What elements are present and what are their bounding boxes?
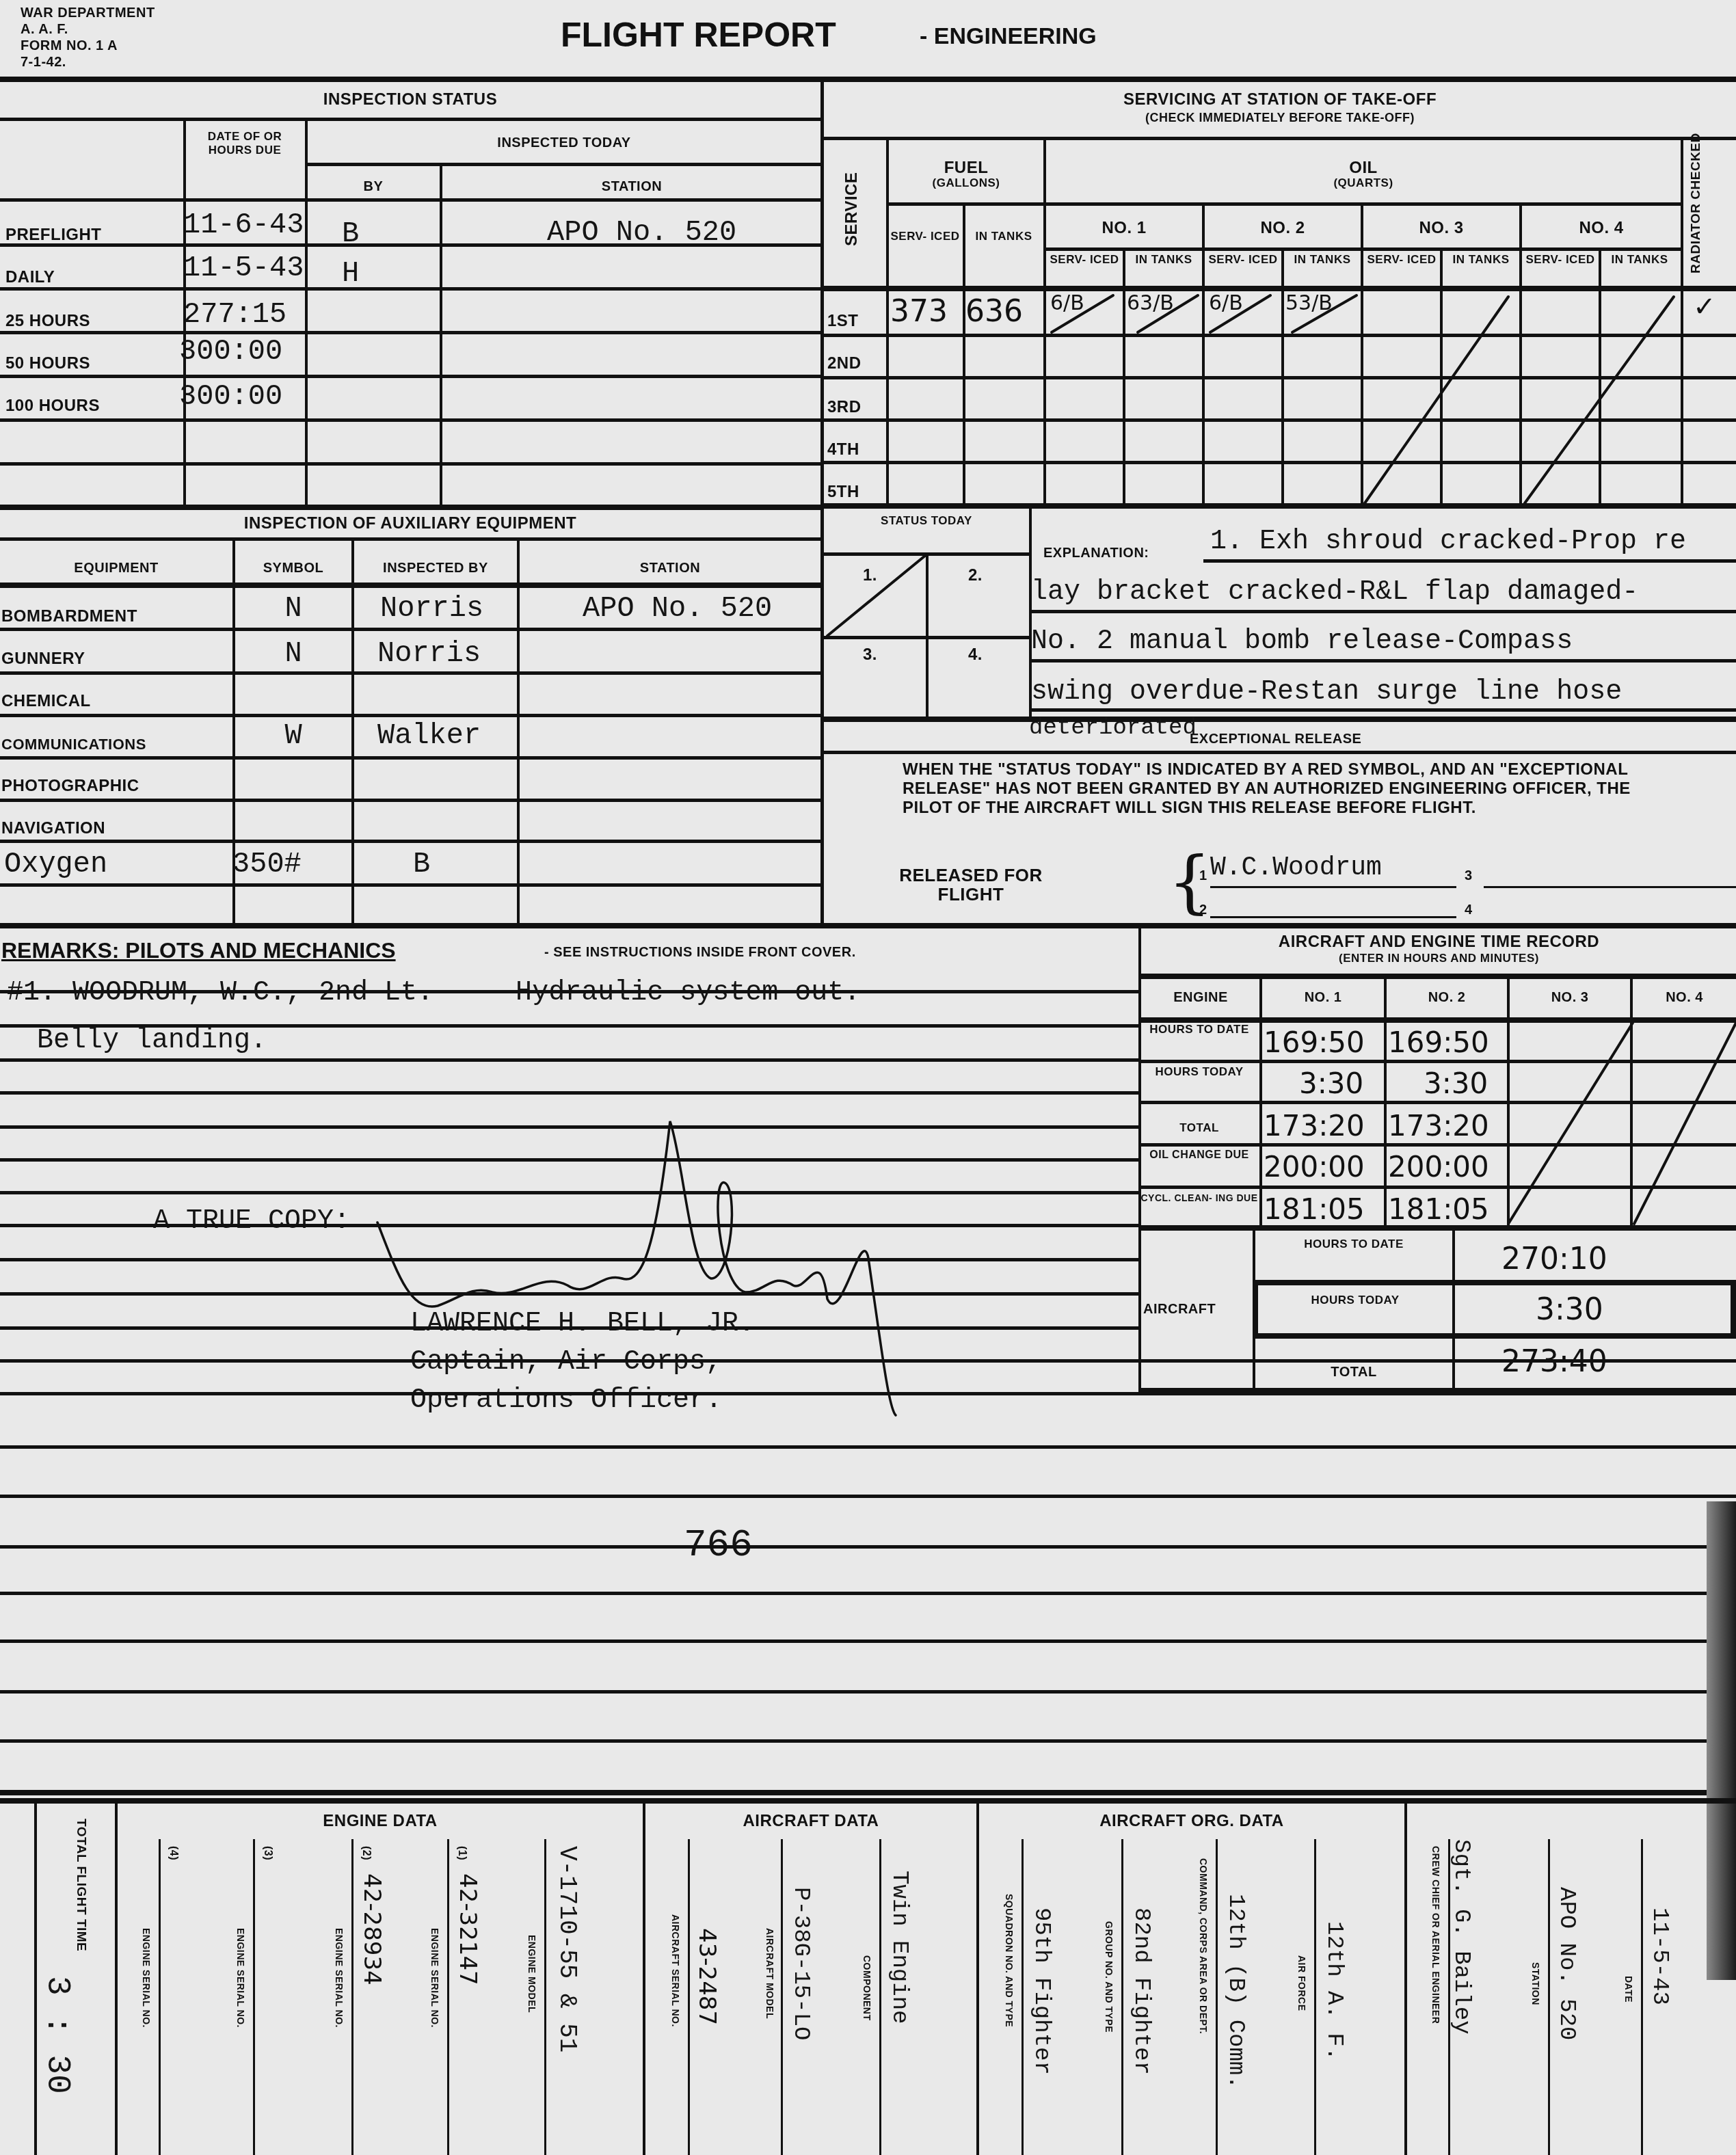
status-cell-3: 3. bbox=[863, 645, 877, 665]
row-label: HOURS TODAY bbox=[1140, 1065, 1258, 1079]
oil3-serviced-label: SERV- ICED bbox=[1363, 253, 1440, 267]
due-value: 11-5-43 bbox=[183, 252, 304, 284]
engine-data-title: ENGINE DATA bbox=[118, 1812, 643, 1831]
fuel-label: FUEL bbox=[889, 159, 1043, 178]
field-value: 42-32147 bbox=[454, 1873, 481, 1985]
col-symbol: SYMBOL bbox=[235, 561, 351, 576]
oil-unit: (QUARTS) bbox=[1046, 176, 1681, 190]
released-for-flight-label: RELEASED FOR FLIGHT bbox=[889, 866, 1053, 904]
inspected-by-value: H bbox=[342, 257, 359, 290]
service-label: SERVICE bbox=[842, 172, 862, 246]
field-value: 42-28934 bbox=[358, 1873, 386, 1985]
row-label: 50 HOURS bbox=[5, 354, 90, 373]
oil-no3-cancel-stroke bbox=[1365, 297, 1508, 503]
time-col-no3: NO. 3 bbox=[1510, 990, 1630, 1006]
time-record-title: AIRCRAFT AND ENGINE TIME RECORD bbox=[1142, 933, 1736, 952]
no2-value: 173:20 bbox=[1388, 1109, 1489, 1142]
field-value: APO No. 520 bbox=[1553, 1887, 1579, 2040]
oil2-in-tanks-label: IN TANKS bbox=[1284, 253, 1361, 267]
service-row-3rd: 3RD bbox=[827, 398, 862, 417]
status-cell-2: 2. bbox=[968, 566, 983, 585]
no1-value: 181:05 bbox=[1264, 1192, 1365, 1226]
release-slot-number-4: 4 bbox=[1465, 902, 1473, 918]
oil1-serviced-value: 6/B bbox=[1050, 291, 1084, 315]
col-equipment: EQUIPMENT bbox=[0, 561, 232, 576]
form-number: FORM NO. 1 A bbox=[21, 38, 118, 54]
field-value: 95th Fighter bbox=[1028, 1908, 1054, 2075]
equipment-label: PHOTOGRAPHIC bbox=[1, 777, 139, 796]
time-col-no2: NO. 2 bbox=[1387, 990, 1507, 1006]
inspection-status-title: INSPECTION STATUS bbox=[0, 90, 820, 109]
time-record-subtitle: (ENTER IN HOURS AND MINUTES) bbox=[1142, 952, 1736, 965]
explanation-line-3: No. 2 manual bomb release-Compass bbox=[1031, 626, 1573, 657]
oil3-in-tanks-label: IN TANKS bbox=[1443, 253, 1519, 267]
aircraft-value: 3:30 bbox=[1536, 1292, 1603, 1327]
col-by: BY bbox=[308, 179, 439, 195]
no1-value: 169:50 bbox=[1264, 1026, 1365, 1059]
exceptional-release-label: EXCEPTIONAL RELEASE bbox=[1190, 732, 1361, 747]
engine-no4-cancel-stroke bbox=[1634, 1023, 1736, 1224]
row-label: HOURS TO DATE bbox=[1140, 1023, 1258, 1036]
row-label: OIL CHANGE DUE bbox=[1140, 1149, 1258, 1162]
oil4-serviced-label: SERV- ICED bbox=[1522, 253, 1599, 267]
time-col-no4: NO. 4 bbox=[1633, 990, 1736, 1006]
field-value: 11-5-43 bbox=[1646, 1908, 1672, 2005]
symbol-value: W bbox=[235, 719, 351, 752]
symbol-value: N bbox=[235, 637, 351, 670]
radiator-checked-label: RADIATOR CHECKED bbox=[1689, 137, 1704, 273]
release-note: WHEN THE "STATUS TODAY" IS INDICATED BY … bbox=[903, 760, 1668, 818]
field-label: GROUP NO. AND TYPE bbox=[1104, 1921, 1114, 2033]
service-label: A. A. F. bbox=[21, 22, 68, 38]
time-col-no1: NO. 1 bbox=[1262, 990, 1384, 1006]
department-label: WAR DEPARTMENT bbox=[21, 5, 155, 21]
oil-engine-2: NO. 2 bbox=[1205, 219, 1361, 238]
form-revision: 7-1-42. bbox=[21, 55, 66, 70]
no1-value: 200:00 bbox=[1264, 1150, 1365, 1183]
equipment-label: GUNNERY bbox=[1, 650, 85, 669]
true-copy-label: A TRUE COPY: bbox=[153, 1206, 350, 1237]
due-value: 300:00 bbox=[179, 335, 282, 368]
field-label: STATION bbox=[1530, 1962, 1541, 2005]
no2-value: 3:30 bbox=[1424, 1067, 1488, 1100]
status-cell-4: 4. bbox=[968, 645, 983, 665]
row-label: DAILY bbox=[5, 268, 55, 287]
total-flight-time-value: 3 : 30 bbox=[38, 1976, 75, 2094]
release-slot-number-2: 2 bbox=[1199, 902, 1207, 918]
field-num: (1) bbox=[455, 1846, 468, 1860]
field-label: ENGINE SERIAL NO. bbox=[235, 1928, 246, 2028]
equipment-label: CHEMICAL bbox=[1, 692, 91, 711]
page-title: FLIGHT REPORT bbox=[561, 15, 836, 55]
fuel-serviced-value: 373 bbox=[890, 294, 948, 329]
field-label: COMMAND, CORPS AREA OR DEPT. bbox=[1198, 1858, 1209, 2034]
oil-engine-3: NO. 3 bbox=[1363, 219, 1519, 238]
page-subtitle: - ENGINEERING bbox=[920, 23, 1097, 50]
org-data-title: AIRCRAFT ORG. DATA bbox=[979, 1812, 1404, 1831]
row-label: PREFLIGHT bbox=[5, 226, 102, 245]
row-label: 25 HOURS bbox=[5, 312, 90, 331]
field-value: P-38G-15-LO bbox=[788, 1887, 814, 2040]
symbol-value: N bbox=[235, 592, 351, 625]
station-value: APO No. 520 bbox=[583, 592, 772, 625]
no1-value: 3:30 bbox=[1299, 1067, 1363, 1100]
row-label: TOTAL bbox=[1140, 1121, 1258, 1135]
remark-line-2: Belly landing. bbox=[37, 1026, 267, 1056]
row-label: 100 HOURS bbox=[5, 397, 100, 416]
field-num: (2) bbox=[360, 1846, 372, 1860]
field-label: DATE bbox=[1623, 1976, 1634, 2003]
release-slot-number-3: 3 bbox=[1465, 868, 1473, 884]
release-signature-3-line[interactable] bbox=[1484, 886, 1736, 888]
fuel-in-tanks-value: 636 bbox=[965, 294, 1023, 329]
col-aux-station: STATION bbox=[520, 561, 820, 576]
oil4-in-tanks-label: IN TANKS bbox=[1601, 253, 1678, 267]
radiator-check-mark: ✓ bbox=[1693, 291, 1716, 323]
aircraft-label: AIRCRAFT bbox=[1143, 1302, 1216, 1317]
row-label: HOURS TO DATE bbox=[1255, 1237, 1452, 1251]
field-value: 12th (B) Comm. bbox=[1223, 1894, 1248, 2089]
aircraft-value: 273:40 bbox=[1501, 1344, 1607, 1379]
status-today-title: STATUS TODAY bbox=[824, 514, 1029, 528]
fuel-unit: (GALLONS) bbox=[889, 176, 1043, 190]
fuel-serviced-label: SERV- ICED bbox=[889, 230, 961, 243]
equipment-label: Oxygen bbox=[4, 848, 107, 881]
oil-label: OIL bbox=[1046, 159, 1681, 178]
explanation-line-5: deteriorated bbox=[1029, 715, 1197, 741]
equipment-label: BOMBARDMENT bbox=[1, 607, 137, 626]
col-station: STATION bbox=[443, 179, 820, 195]
service-row-5th: 5TH bbox=[827, 483, 859, 502]
field-label: AIRCRAFT SERIAL NO. bbox=[670, 1914, 681, 2027]
field-label: ENGINE SERIAL NO. bbox=[141, 1928, 152, 2028]
explanation-line-1: 1. Exh shroud cracked-Prop re bbox=[1210, 526, 1686, 557]
due-value: 277:15 bbox=[183, 298, 286, 331]
oil1-in-tanks-value: 63/B bbox=[1127, 291, 1174, 315]
aircraft-value: 270:10 bbox=[1501, 1242, 1607, 1276]
release-slot-number-1: 1 bbox=[1199, 868, 1207, 884]
due-value: 300:00 bbox=[179, 380, 282, 413]
fuel-in-tanks-label: IN TANKS bbox=[965, 230, 1042, 243]
explanation-line-4: swing overdue-Restan surge line hose bbox=[1031, 677, 1622, 708]
auxiliary-title: INSPECTION OF AUXILIARY EQUIPMENT bbox=[0, 514, 820, 533]
field-num: (4) bbox=[167, 1846, 179, 1860]
field-num: (3) bbox=[261, 1846, 273, 1860]
oil1-in-tanks-label: IN TANKS bbox=[1125, 253, 1202, 267]
no2-value: 181:05 bbox=[1388, 1192, 1489, 1226]
field-value: Twin Engine bbox=[886, 1871, 912, 2024]
equipment-label: NAVIGATION bbox=[1, 819, 105, 838]
status-cell-1: 1. bbox=[863, 566, 877, 585]
field-label: AIR FORCE bbox=[1296, 1955, 1307, 2011]
explanation-label: EXPLANATION: bbox=[1043, 546, 1149, 561]
no1-value: 173:20 bbox=[1264, 1109, 1365, 1142]
field-value: 12th A. F. bbox=[1321, 1921, 1347, 2061]
field-label: ENGINE SERIAL NO. bbox=[429, 1928, 440, 2028]
no2-value: 200:00 bbox=[1388, 1150, 1489, 1183]
due-value: 11-6-43 bbox=[183, 209, 304, 241]
field-label: CREW CHIEF OR AERIAL ENGINEER bbox=[1430, 1846, 1441, 2024]
aircraft-data-title: AIRCRAFT DATA bbox=[645, 1812, 976, 1831]
field-label: ENGINE SERIAL NO. bbox=[334, 1928, 345, 2028]
engine-no3-cancel-stroke bbox=[1508, 1023, 1633, 1224]
inspected-by-value: Walker bbox=[377, 719, 481, 752]
field-value: Sgt. G. Bailey bbox=[1448, 1839, 1474, 2035]
scan-edge-shadow bbox=[1707, 1501, 1736, 1980]
equipment-label: COMMUNICATIONS bbox=[1, 736, 146, 753]
field-value: 43-2487 bbox=[693, 1928, 721, 2025]
field-label: SQUADRON NO. AND TYPE bbox=[1004, 1894, 1015, 2027]
oil1-serviced-label: SERV- ICED bbox=[1046, 253, 1123, 267]
inspected-by-value: Norris bbox=[377, 637, 481, 670]
oil-engine-4: NO. 4 bbox=[1522, 219, 1681, 238]
inspected-by-value: Norris bbox=[380, 592, 483, 625]
oil2-serviced-value: 6/B bbox=[1209, 291, 1243, 315]
release-signature-2-line[interactable] bbox=[1210, 916, 1456, 918]
col-date-due: DATE OF OR HOURS DUE bbox=[186, 130, 304, 157]
service-row-2nd: 2ND bbox=[827, 354, 862, 373]
servicing-subtitle: (CHECK IMMEDIATELY BEFORE TAKE-OFF) bbox=[824, 111, 1736, 125]
oil-engine-1: NO. 1 bbox=[1046, 219, 1202, 238]
symbol-value: 350# bbox=[232, 848, 302, 881]
aircraft-hours-today-box bbox=[1253, 1280, 1736, 1339]
release-signature-1: W.C.Woodrum bbox=[1210, 853, 1382, 883]
explanation-line-2: lay bracket cracked-R&L flap damaged- bbox=[1031, 577, 1638, 608]
field-value: V-1710-55 & 51 bbox=[553, 1846, 581, 2052]
row-label: TOTAL bbox=[1255, 1365, 1452, 1380]
signer-name: LAWRENCE H. BELL, JR. bbox=[410, 1309, 755, 1339]
remarks-heading: REMARKS: PILOTS AND MECHANICS bbox=[1, 938, 396, 963]
no2-value: 169:50 bbox=[1388, 1026, 1489, 1059]
signer-title: Operations Officer. bbox=[410, 1385, 722, 1416]
oil2-in-tanks-value: 53/B bbox=[1285, 291, 1333, 315]
servicing-title: SERVICING AT STATION OF TAKE-OFF bbox=[824, 90, 1736, 109]
remarks-instruction: - SEE INSTRUCTIONS INSIDE FRONT COVER. bbox=[544, 945, 856, 961]
field-label: ENGINE MODEL bbox=[526, 1935, 537, 2013]
total-flight-time-label: TOTAL FLIGHT TIME bbox=[74, 1819, 88, 1914]
col-inspected-today: INSPECTED TODAY bbox=[308, 135, 820, 151]
service-row-1st: 1ST bbox=[827, 312, 859, 331]
inspected-by-value: B bbox=[413, 848, 430, 881]
service-row-4th: 4TH bbox=[827, 440, 859, 459]
col-inspected-by: INSPECTED BY bbox=[354, 561, 517, 576]
row-label: HOURS TODAY bbox=[1258, 1294, 1452, 1307]
field-label: AIRCRAFT MODEL bbox=[764, 1928, 775, 2019]
field-label: COMPONENT bbox=[862, 1955, 872, 2021]
row-label: CYCL. CLEAN- ING DUE bbox=[1140, 1191, 1258, 1205]
col-engine: ENGINE bbox=[1142, 990, 1259, 1006]
oil2-serviced-label: SERV- ICED bbox=[1205, 253, 1281, 267]
field-value: 82nd Fighter bbox=[1128, 1908, 1154, 2075]
